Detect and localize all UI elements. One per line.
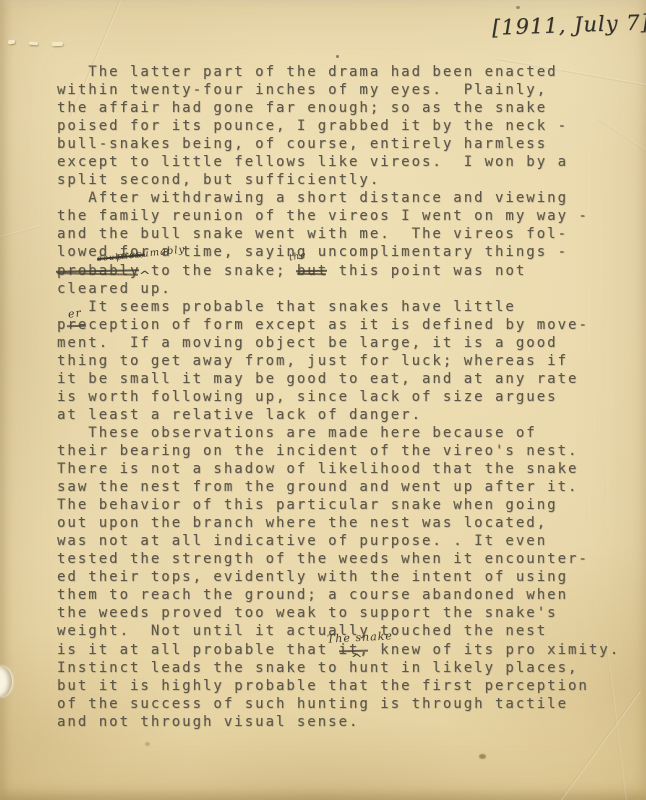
typed-line: The behavior of this particular snake wh… [57,496,620,514]
typed-line: It seems probable that snakes have littl… [57,298,620,316]
typed-line: saw the nest from the ground and went up… [57,478,620,496]
stain-spot [145,742,150,746]
typed-line: at least a relative lack of danger. [57,406,620,424]
typed-word: this point was not [328,263,526,279]
typed-line: within twenty-four inches of my eyes. Pl… [57,81,620,99]
typed-line: the family reunion of the vireos I went … [57,207,620,225]
typed-word: knew of its pro ximity. [370,642,620,658]
typed-line: the weeds proved too weak to support the… [57,604,620,622]
typed-line: After withdrawing a short distance and v… [57,189,620,207]
typed-line: was not at all indicative of purpose. . … [57,532,620,550]
typed-word: to the snake; [140,263,296,279]
handwritten-date-annotation: [1911, July 7] [492,10,646,39]
typed-line: their bearing on the incident of the vir… [57,442,620,460]
typed-line: but it is highly probable that the first… [57,677,620,695]
typed-line: the affair had gone far enough; so as th… [57,99,620,117]
typed-line: except to little fellows like vireos. I … [57,153,620,171]
typed-line: out upon the branch where the nest was l… [57,514,620,532]
typed-word: p [57,317,67,333]
typed-line: poised for its pounce, I grabbed it by t… [57,117,620,135]
typed-line: The latter part of the drama had been en… [57,63,620,81]
typed-line: bull-snakes being, of course, entirely h… [57,135,620,153]
typed-line: them to reach the ground; a course aband… [57,586,620,604]
struck-word: probably [57,263,140,279]
typed-line: and not through visual sense. [57,713,620,731]
typed-line: These observations are made here because… [57,424,620,442]
stain-spot [516,6,520,9]
struck-word: but [297,263,328,279]
crease-left [0,225,41,238]
staple-mark [29,42,38,46]
hw-er: er [67,306,82,320]
document-page: [1911, July 7] The latter part of the dr… [0,0,646,800]
typed-line: and the bull snake went with me. The vir… [57,225,620,243]
hw-caret-1: ^ [140,270,151,283]
typed-line: tested the strength of the weeds when it… [57,550,620,568]
typed-line: thing to get away from, just for luck; w… [57,352,620,370]
typed-line: Instinct leads the snake to hunt in like… [57,659,620,677]
typed-line: it be small it may be good to eat, and a… [57,370,620,388]
typed-line: ed their tops, evidently with the intent… [57,568,620,586]
typed-line: ment. If a moving object be large, it is… [57,334,620,352]
punch-hole [0,666,12,697]
typed-line: of the success of such hunting is throug… [57,695,620,713]
typed-line: split second, but sufficiently. [57,171,620,189]
typed-line: is worth following up, since lack of siz… [57,388,620,406]
ink-dot [336,55,339,58]
staple-mark [8,40,15,45]
typed-line: There is not a shadow of likelihood that… [57,460,620,478]
stain-spot [479,754,486,759]
staple-mark [52,42,63,47]
typed-text: The latter part of the drama had been en… [57,63,620,731]
typed-word: ception of form except as it is defined … [88,317,589,333]
hw-caret-2: ^ [352,653,363,666]
typed-line: preception of form except as it is defin… [57,316,620,334]
typed-word: is it at all probable that [57,642,339,658]
